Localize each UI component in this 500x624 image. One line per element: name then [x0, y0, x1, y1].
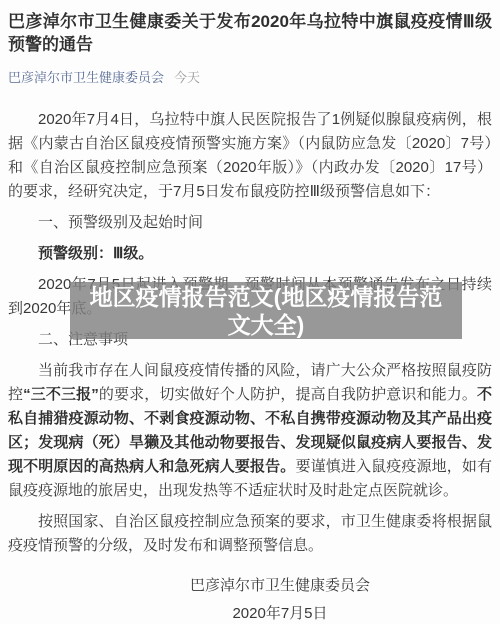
- warning-level-line: 预警级别：Ⅲ级。: [8, 242, 492, 266]
- article-title: 巴彦淖尔市卫生健康委关于发布2020年乌拉特中旗鼠疫疫情Ⅲ级预警的通告: [8, 10, 492, 56]
- signature-block: 巴彦淖尔市卫生健康委员会 2020年7月5日: [8, 572, 492, 624]
- paragraph-warning-period: 2020年7月5日起进入预警期，预警时间从本预警通告发布之日持续到2020年底。: [8, 273, 492, 321]
- publish-time: 今天: [174, 70, 200, 85]
- paragraph-adjustment: 按照国家、自治区鼠疫控制应急预案的要求，市卫生健康委将根据鼠疫疫情预警的分级，及…: [8, 510, 492, 558]
- paragraph-precautions: 当前我市存在人间鼠疫疫情传播的风险，请广大公众严格按照鼠疫防控“三不三报”的要求…: [8, 359, 492, 503]
- account-name-link[interactable]: 巴彦淖尔市卫生健康委员会: [8, 70, 164, 85]
- paragraph-intro: 2020年7月4日，乌拉特中旗人民医院报告了1例疑似腺鼠疫病例，根据《内蒙古自治…: [8, 108, 492, 204]
- article-page: 巴彦淖尔市卫生健康委关于发布2020年乌拉特中旗鼠疫疫情Ⅲ级预警的通告 巴彦淖尔…: [0, 0, 500, 624]
- section-2-heading: 二、注意事项: [8, 328, 492, 352]
- text-segment: 的要求，切实做好个人防护，提高自我防护意识和能力。: [99, 386, 477, 403]
- signature-date: 2020年7月5日: [68, 600, 492, 624]
- byline: 巴彦淖尔市卫生健康委员会今天: [8, 69, 492, 86]
- text-segment-bold: “三不三报”: [23, 386, 99, 403]
- signature-org: 巴彦淖尔市卫生健康委员会: [68, 572, 492, 600]
- section-1-heading: 一、预警级别及起始时间: [8, 211, 492, 235]
- article-body: 2020年7月4日，乌拉特中旗人民医院报告了1例疑似腺鼠疫病例，根据《内蒙古自治…: [8, 108, 492, 624]
